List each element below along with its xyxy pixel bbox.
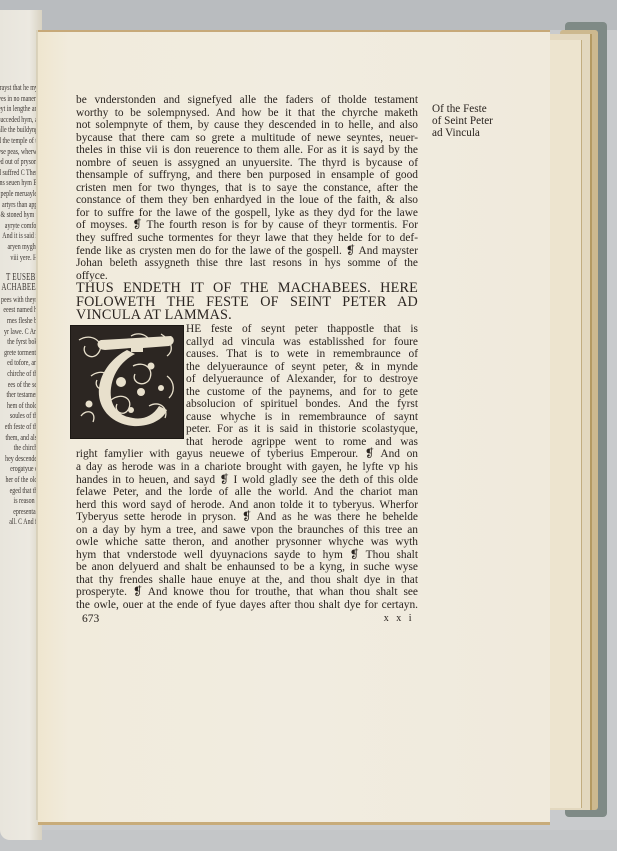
left-text-line: And it is said in	[0, 230, 40, 241]
left-text-line: yes in no maner ne	[0, 93, 40, 104]
left-text-line: soules of the	[0, 410, 40, 421]
text-line: causes. That is to wete in remembraunce …	[186, 348, 418, 361]
page-stack-edge-inner	[545, 40, 582, 808]
left-text-line: them, and also	[0, 432, 40, 443]
text-line: cause whyche is in remembraunce of saynt	[186, 411, 418, 424]
text-line: cristen men for two thynges, that is to …	[76, 182, 418, 195]
left-text-line: trayst that he myght	[0, 82, 40, 93]
left-page-text: trayst that he myghtyes in no maner neey…	[0, 82, 40, 527]
text-line: that thy frendes shalle haue enuye at th…	[76, 574, 418, 587]
text-line: the custome of the paynems, and for to g…	[186, 386, 418, 399]
text-line: herd this word sayd of herode. And anon …	[76, 499, 418, 512]
initial-paragraph: HE feste of seynt peter thappostle that …	[76, 323, 418, 448]
text-line: a day as herode was in a chariote brough…	[76, 461, 418, 474]
initial-paragraph-text: HE feste of seynt peter thappostle that …	[186, 323, 418, 448]
left-text-line: eyt in lengthe and s	[0, 103, 40, 114]
text-line: of moyses. ❡ The fourth reson is for by …	[76, 219, 418, 232]
margin-sidenote: Of the Festeof Seint Peterad Vincula	[432, 103, 522, 139]
left-text-line: ACHABEES	[0, 283, 40, 294]
left-text-line: epresentaci	[0, 506, 40, 517]
text-line: callyd ad vincula was establisshed for f…	[186, 336, 418, 349]
text-line: prosperyte. ❡ And knowe thou for trouthe…	[76, 586, 418, 599]
text-line: theles in thise vii is don reuerence to …	[76, 144, 418, 157]
text-line: worthy to be solempnysed. And how be it …	[76, 107, 418, 120]
left-text-line: rnes fleshe by	[0, 315, 40, 326]
left-text-line: ed out of pryson, an	[0, 156, 40, 167]
left-text-line: yr lawe. C And	[0, 326, 40, 337]
text-line: HE feste of seynt peter thappostle that …	[186, 323, 418, 336]
left-text-line: hem of tholde	[0, 400, 40, 411]
sidenote-line: Of the Feste	[432, 103, 522, 115]
text-line: owle whiche satte theron, and another pr…	[76, 536, 418, 549]
text-line: absolucion of spirituel bondes. And the …	[186, 398, 418, 411]
text-line: nombre of seuen is assygned an unyuersit…	[76, 157, 418, 170]
text-line: the owle, ouer at the ende of fyue dayes…	[76, 599, 418, 612]
text-line: they suffred suche tormentes for theyr l…	[76, 232, 418, 245]
left-text-line: is reason is	[0, 495, 40, 506]
text-line: of delyueraunce of Alexander, for to des…	[186, 373, 418, 386]
background-bottom	[0, 830, 617, 851]
left-text-line: T EUSEBE	[0, 273, 40, 284]
text-line: be vnderstonden and signefyed alle the f…	[76, 94, 418, 107]
body-text-bottom: right famylier with gayus neuewe of tybe…	[76, 448, 418, 611]
sidenote-line: ad Vincula	[432, 127, 522, 139]
left-text-line: chirche of the	[0, 368, 40, 379]
left-text-line: hey descended	[0, 453, 40, 464]
text-line: that herode agrippe went to rome and was	[186, 436, 418, 449]
left-text-line: ayryte comfort	[0, 220, 40, 231]
left-text-line: aryen myghte	[0, 241, 40, 252]
left-text-line: ther testament	[0, 389, 40, 400]
left-text-line: the chirche	[0, 442, 40, 453]
background-top	[0, 0, 617, 30]
text-line: constance of them they ben enhardyed in …	[76, 194, 418, 207]
heading-line: VINCULA AT LAMMAS.	[76, 309, 418, 323]
folio-number: 673	[76, 613, 99, 626]
left-text-line: alle the buildynge	[0, 124, 40, 135]
sidenote-line: of Seint Peter	[432, 115, 522, 127]
page-footer: 673 x x i	[76, 613, 418, 626]
left-text-line: ees of the sey	[0, 379, 40, 390]
text-line: for to suffre for the lawe of the gospel…	[76, 207, 418, 220]
left-text-line: grete tormentis	[0, 347, 40, 358]
text-line: not solempnyte of them, by cause they de…	[76, 119, 418, 132]
left-text-line: eth feste of the	[0, 421, 40, 432]
body-text-top: be vnderstonden and signefyed alle the f…	[76, 94, 418, 282]
left-text-line	[0, 262, 40, 273]
text-line: bycause that there cam so grete a multit…	[76, 132, 418, 145]
decorated-initial-t-icon	[70, 325, 184, 439]
left-text-line: yse peas, wherwith	[0, 146, 40, 157]
left-text-line: peple meruayled	[0, 188, 40, 199]
left-text-line: ed tofore, and	[0, 357, 40, 368]
left-text-line: artyrs than appe	[0, 199, 40, 210]
left-text-line: all. C And fy	[0, 516, 40, 527]
left-text-line: pees with theyre	[0, 294, 40, 305]
left-text-line: eged that the	[0, 485, 40, 496]
text-line: thensample of suffryng, and there ben pu…	[76, 169, 418, 182]
signature-mark: x x i	[384, 613, 418, 626]
left-text-line: viii yere. He	[0, 252, 40, 263]
text-line: Tyberyus sette herode in pryson. ❡ And a…	[76, 511, 418, 524]
text-line: Johan beleth assygneth thise thre last r…	[76, 257, 418, 270]
text-line: on a day by hym a tree, and sawe vpon th…	[76, 524, 418, 537]
text-line: hym that vnderstode well dyuynacions say…	[76, 549, 418, 562]
left-text-line: d suffred C Theme	[0, 167, 40, 178]
text-line: peter. For as it is said in thistorie sc…	[186, 423, 418, 436]
text-line: be anon delyuerd and shalt be enhaunsed …	[76, 561, 418, 574]
left-text-line: erogatyue of	[0, 463, 40, 474]
left-text-line: & stoned hym w	[0, 209, 40, 220]
left-text-line: her of the olde	[0, 474, 40, 485]
text-line: the delyueraunce of seynt peter, & in my…	[186, 361, 418, 374]
text-line: right famylier with gayus neuewe of tybe…	[76, 448, 418, 461]
left-text-line: eeest named hy	[0, 304, 40, 315]
left-text-line: d the temple of th	[0, 135, 40, 146]
left-text-line: succeded hym, an	[0, 114, 40, 125]
left-text-line: ns seuen hym Eu	[0, 177, 40, 188]
text-line: fende like as crysten men do for the law…	[76, 245, 418, 258]
left-text-line: the fyrst boke	[0, 336, 40, 347]
text-line: handes in to heuen, and sayd ❡ I wold gl…	[76, 474, 418, 487]
text-line: felawe Peter, and the lorde of alle the …	[76, 486, 418, 499]
chapter-heading: THUS ENDETH IT OF THE MACHABEES. HEREFOL…	[76, 282, 418, 323]
main-text-block: be vnderstonden and signefyed alle the f…	[76, 94, 418, 625]
